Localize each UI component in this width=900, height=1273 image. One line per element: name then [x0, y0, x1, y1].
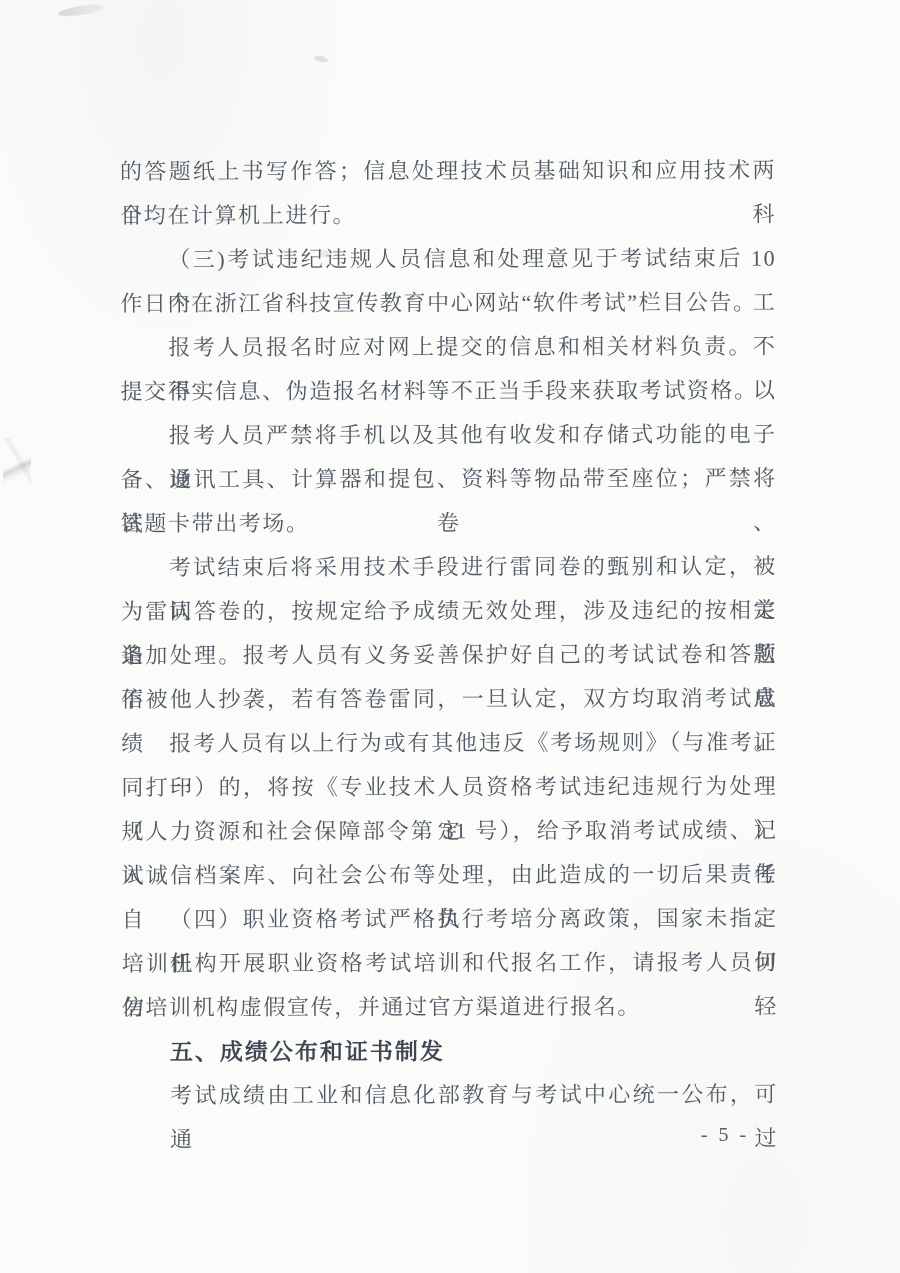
text-line: 备、通讯工具、计算器和提包、资料等物品带至座位；严禁将试卷、: [121, 457, 777, 502]
text-line: 同打印）的，将按《专业技术人员资格考试违纪违规行为处理规定》: [121, 765, 777, 810]
text-line: 试诚信档案库、向社会公布等处理，由此造成的一切后果责任自负。: [121, 853, 777, 898]
document-body: 的答题纸上书写作答；信息处理技术员基础知识和应用技术两个科 目均在计算机上进行。…: [120, 149, 778, 1118]
text-line: 提交不实信息、伪造报名材料等不正当手段来获取考试资格。: [120, 369, 776, 414]
text-line: 考试成绩由工业和信息化部教育与考试中心统一公布，可通过: [122, 1073, 778, 1118]
text-line: （三)考试违纪违规人员信息和处理意见于考试结束后 10 个工: [120, 237, 776, 282]
scanned-document-page: 的答题纸上书写作答；信息处理技术员基础知识和应用技术两个科 目均在计算机上进行。…: [0, 0, 900, 1273]
text-line: 报考人员严禁将手机以及其他有收发和存储式功能的电子设: [121, 413, 777, 458]
text-line: 考试结束后将采用技术手段进行雷同卷的甄别和认定，被认定: [121, 545, 777, 590]
text-line: （人力资源和社会保障部令第 31 号），给予取消考试成绩、记入考: [121, 809, 777, 854]
text-line: 为雷同答卷的，按规定给予成绩无效处理，涉及违纪的按相关条款: [121, 589, 777, 634]
text-line: 追加处理。报考人员有义务妥善保护好自己的考试试卷和答题信息: [121, 633, 777, 678]
text-line: （四）职业资格考试严格执行考培分离政策，国家未指定任何: [122, 897, 778, 942]
text-line: 的答题纸上书写作答；信息处理技术员基础知识和应用技术两个科: [120, 149, 776, 194]
text-line: 作日内在浙江省科技宣传教育中心网站“软件考试”栏目公告。: [120, 281, 776, 326]
text-line: 不被他人抄袭，若有答卷雷同，一旦认定，双方均取消考试成绩。: [121, 677, 777, 722]
scan-speck-artifact: [313, 54, 328, 63]
scan-stroke-artifact: [3, 438, 31, 500]
scan-smudge-artifact: [58, 3, 105, 18]
page-number: - 5 -: [686, 1120, 764, 1150]
text-line: 培训机构开展职业资格考试培训和代报名工作，请报考人员切勿轻: [122, 941, 778, 986]
text-line: 报考人员报名时应对网上提交的信息和相关材料负责。不得以: [120, 325, 776, 370]
section-heading: 五、成绩公布和证书制发: [122, 1029, 778, 1074]
text-line: 报考人员有以上行为或有其他违反《考场规则》（与准考证一: [121, 721, 777, 766]
